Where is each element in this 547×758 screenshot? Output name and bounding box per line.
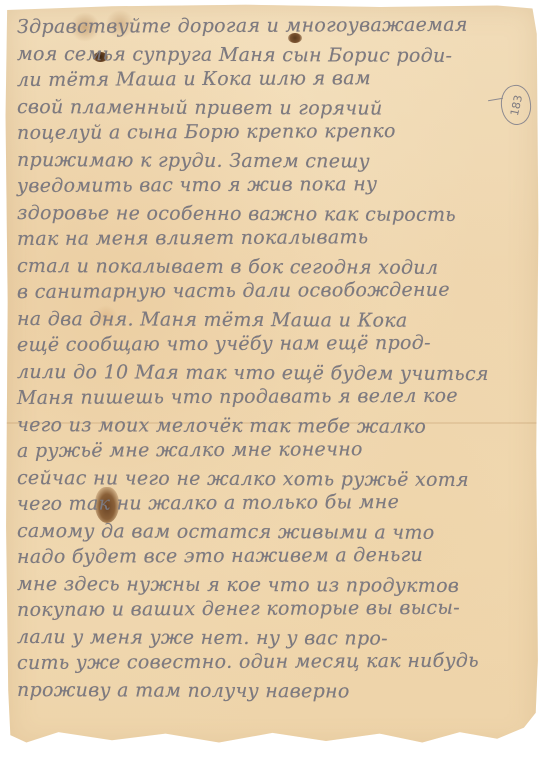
letter-page: 183 Здравствуйте дорогая и многоуважаема… bbox=[0, 0, 547, 758]
letter-line: Маня пишешь что продавать я велел кое bbox=[17, 382, 537, 411]
letter-line: надо будет все это наживем а деньги bbox=[17, 541, 537, 570]
letter-line: ли тётя Маша и Кока шлю я вам bbox=[17, 64, 537, 93]
letter-line: ещё сообщаю что учёбу нам ещё прод- bbox=[17, 329, 537, 358]
letter-line: поцелуй а сына Борю крепко крепко bbox=[17, 117, 537, 146]
aged-paper-sheet: 183 Здравствуйте дорогая и многоуважаема… bbox=[5, 4, 540, 750]
letter-line: сить уже совестно. один месяц как нибудь bbox=[17, 647, 537, 676]
letter-line: в санитарную часть дали освобождение bbox=[17, 276, 537, 305]
letter-line: уведомить вас что я жив пока ну bbox=[17, 170, 537, 199]
letter-line: Здравствуйте дорогая и многоуважаемая bbox=[17, 11, 537, 40]
letter-line: а ружьё мне жалко мне конечно bbox=[17, 435, 537, 464]
letter-text: Здравствуйте дорогая и многоуважаемая мо… bbox=[17, 14, 537, 703]
letter-line: проживу а там получу наверно bbox=[17, 677, 537, 706]
letter-line: покупаю и ваших денег которые вы высы- bbox=[17, 594, 537, 623]
letter-line: так на меня влияет покалывать bbox=[17, 223, 537, 252]
letter-line: чего так ни жалко а только бы мне bbox=[17, 488, 537, 517]
